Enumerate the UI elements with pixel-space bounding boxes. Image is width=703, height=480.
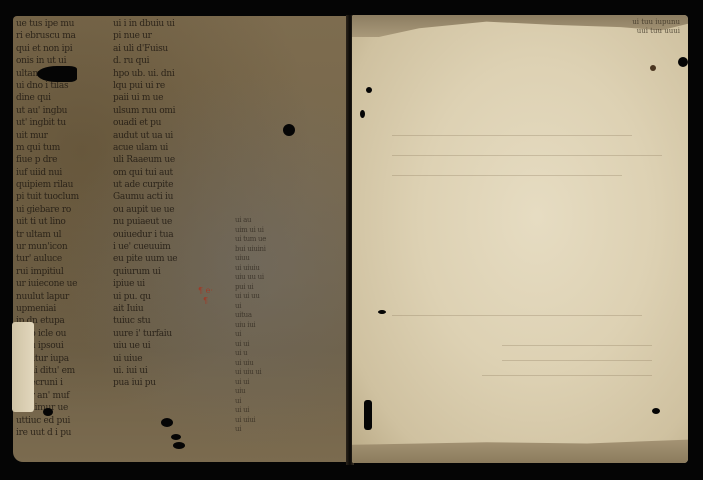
worm-hole <box>173 442 185 449</box>
worm-hole <box>378 310 386 314</box>
text-line: ui giebare ro <box>16 204 104 216</box>
text-line: ouadi et pu <box>113 117 223 129</box>
text-line: hpo ub. ui. dni <box>113 68 223 80</box>
worm-hole <box>366 87 372 93</box>
text-line: m qui tum <box>16 142 104 154</box>
text-line: ui au <box>235 216 315 226</box>
text-line: uiu uu ui <box>235 273 315 283</box>
text-line: ai uli d'Fuisu <box>113 43 223 55</box>
worm-hole <box>283 124 295 136</box>
text-column-b: ui i in dbuiu uipi nue urai uli d'Fuisud… <box>113 18 223 390</box>
text-line: lqu pui ui re <box>113 80 223 92</box>
text-line: tuiuc stu <box>113 315 223 327</box>
text-line: acue ulam ui <box>113 142 223 154</box>
text-line: uiu iui <box>235 321 315 331</box>
text-line: ui ui <box>235 378 315 388</box>
text-line: upmeniai <box>16 303 104 315</box>
text-line: pi tuit tuoclum <box>16 191 104 203</box>
text-line: uiuu <box>235 254 315 264</box>
worm-hole <box>37 66 77 82</box>
text-line: uttiuc ed pui <box>16 415 104 427</box>
text-line: quiurum ui <box>113 266 223 278</box>
text-line: ut ade curpite <box>113 179 223 191</box>
text-line: nu puiaeut ue <box>113 216 223 228</box>
text-line: uiu ue ui <box>113 340 223 352</box>
text-line: ui <box>235 425 315 435</box>
text-line: tr ultam ul <box>16 229 104 241</box>
ghost-line <box>392 155 662 156</box>
text-line: fiue p dre <box>16 154 104 166</box>
ghost-line <box>502 360 652 361</box>
text-line: qui et non ipi <box>16 43 104 55</box>
worm-hole <box>161 418 173 427</box>
gloss-column: ui auuim ui uiui tum uebui uiuiniuiuuui … <box>235 216 315 435</box>
text-line: ire uut d i pu <box>16 427 104 439</box>
top-strip-text: ui tuu iupunu uui tuu uuui <box>632 18 680 36</box>
text-line: ui uiue <box>113 353 223 365</box>
ghost-line <box>392 175 622 176</box>
text-line: ou aupit ue ue <box>113 204 223 216</box>
text-line: uli Raaeum ue <box>113 154 223 166</box>
text-line: uiu <box>235 387 315 397</box>
text-line: ui. iui ui <box>113 365 223 377</box>
text-line: ut au' ingbu <box>16 105 104 117</box>
text-line: uim ui ui <box>235 226 315 236</box>
text-line: ue tus ipe mu <box>16 18 104 30</box>
text-line: ui ui <box>235 340 315 350</box>
text-line: ui uiu <box>235 359 315 369</box>
text-line: ur mun'icon <box>16 241 104 253</box>
text-line: ui ui uu <box>235 292 315 302</box>
text-line: paii ui m ue <box>113 92 223 104</box>
text-line: ulsum ruu omi <box>113 105 223 117</box>
text-line: rui impitiul <box>16 266 104 278</box>
text-line: iuf uiid nui <box>16 167 104 179</box>
text-line: om qui tui aut <box>113 167 223 179</box>
ghost-line <box>392 135 632 136</box>
left-manuscript-page: ue tus ipe muri ebruscu maqui et non ipi… <box>13 16 353 462</box>
text-line: ui uiuiu <box>235 264 315 274</box>
worm-hole <box>652 408 660 414</box>
text-line: dine qui <box>16 92 104 104</box>
rubric-mark: ¶ <box>203 296 208 305</box>
text-line: uit mur <box>16 130 104 142</box>
text-line: Gaumu acti iu <box>113 191 223 203</box>
text-line: ui i in dbuiu ui <box>113 18 223 30</box>
text-line: eu pite uum ue <box>113 253 223 265</box>
text-line: nuulut lapur <box>16 291 104 303</box>
ghost-line <box>502 345 652 346</box>
text-line: ui <box>235 330 315 340</box>
text-line: ri ebruscu ma <box>16 30 104 42</box>
text-line: ui <box>235 302 315 312</box>
worm-hole <box>171 434 181 440</box>
text-line: uit ti ut lino <box>16 216 104 228</box>
text-line: d. ru qui <box>113 55 223 67</box>
text-line: ouiuedur i tua <box>113 229 223 241</box>
text-line: uitua <box>235 311 315 321</box>
text-line: ui <box>235 397 315 407</box>
right-manuscript-page: ui tuu iupunu uui tuu uuui <box>352 15 688 463</box>
rubric-mark: ¶ e· <box>198 286 213 295</box>
text-line: i ue' cueuuim <box>113 241 223 253</box>
repair-tab <box>12 322 34 412</box>
worm-hole <box>364 400 372 430</box>
worm-hole <box>43 408 53 416</box>
stained-bottom-strip <box>352 437 688 463</box>
worm-hole <box>650 65 656 71</box>
text-line: uure i' turfaiu <box>113 328 223 340</box>
text-line: ui u <box>235 349 315 359</box>
worm-hole <box>360 110 365 118</box>
text-line: quipiem rilau <box>16 179 104 191</box>
text-line: pui ui <box>235 283 315 293</box>
text-line: pua iui pu <box>113 377 223 389</box>
text-line: audut ut ua ui <box>113 130 223 142</box>
ghost-line <box>482 375 652 376</box>
text-line: tur' auluce <box>16 253 104 265</box>
ghost-line <box>392 315 642 316</box>
text-line: ui ui <box>235 406 315 416</box>
text-line: bui uiuini <box>235 245 315 255</box>
text-line: ui uiu ui <box>235 368 315 378</box>
text-line: ui tum ue <box>235 235 315 245</box>
text-line: ut' ingbit tu <box>16 117 104 129</box>
text-line: pi nue ur <box>113 30 223 42</box>
worm-hole <box>678 57 688 67</box>
text-line: ur iuiecone ue <box>16 278 104 290</box>
text-line: ui uiui <box>235 416 315 426</box>
